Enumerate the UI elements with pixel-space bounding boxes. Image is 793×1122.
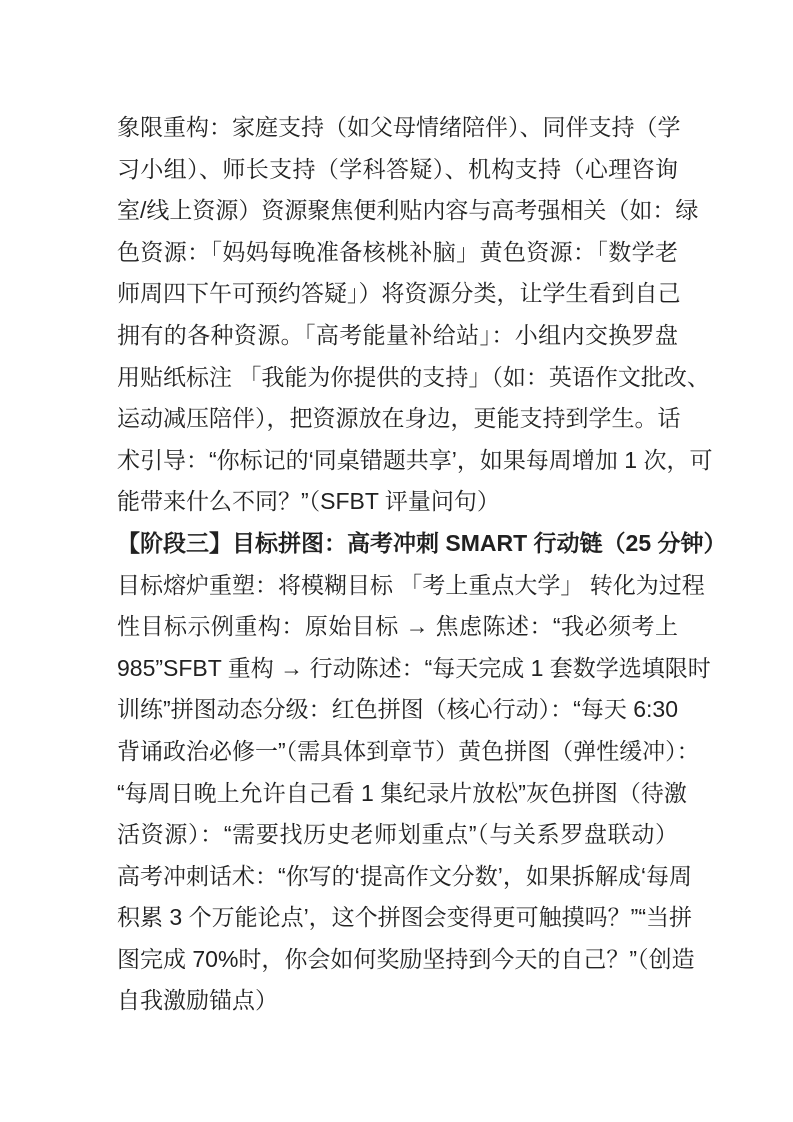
text-line: 图完成 70%时，你会如何奖励坚持到今天的自己？”（创造 bbox=[117, 939, 678, 981]
text-line: 自我激励锚点） bbox=[117, 980, 678, 1022]
text-line: 室/线上资源）资源聚焦便利贴内容与高考强相关（如：绿 bbox=[117, 190, 678, 232]
text-line: 985”SFBT 重构 → 行动陈述：“每天完成 1 套数学选填限时 bbox=[117, 648, 678, 690]
text-line: 高考冲刺话术：“你写的‘提高作文分数’，如果拆解成‘每周 bbox=[117, 856, 678, 898]
text-line: 背诵政治必修一”（需具体到章节）黄色拼图（弹性缓冲）： bbox=[117, 731, 678, 773]
text-line: 能带来什么不同？”（SFBT 评量问句） bbox=[117, 481, 678, 523]
text-line: 习小组）、师长支持（学科答疑）、机构支持（心理咨询 bbox=[117, 149, 678, 191]
text-line: 用贴纸标注 「我能为你提供的支持」（如：英语作文批改、 bbox=[117, 357, 678, 399]
text-line: “每周日晚上允许自己看 1 集纪录片放松”灰色拼图（待激 bbox=[117, 773, 678, 815]
text-line: 拥有的各种资源。「高考能量补给站」：小组内交换罗盘 bbox=[117, 315, 678, 357]
text-line: 目标熔炉重塑：将模糊目标 「考上重点大学」 转化为过程 bbox=[117, 565, 678, 607]
text-line: 色资源：「妈妈每晚准备核桃补脑」黄色资源：「数学老 bbox=[117, 232, 678, 274]
section-heading-line: 【阶段三】目标拼图：高考冲刺 SMART 行动链（25 分钟） bbox=[117, 523, 678, 565]
document-page: 象限重构：家庭支持（如父母情绪陪伴）、同伴支持（学习小组）、师长支持（学科答疑）… bbox=[0, 0, 793, 1122]
text-line: 师周四下午可预约答疑」）将资源分类，让学生看到自己 bbox=[117, 273, 678, 315]
text-line: 象限重构：家庭支持（如父母情绪陪伴）、同伴支持（学 bbox=[117, 107, 678, 149]
text-line: 活资源）：“需要找历史老师划重点”（与关系罗盘联动） bbox=[117, 814, 678, 856]
text-line: 训练”拼图动态分级：红色拼图（核心行动）：“每天 6:30 bbox=[117, 689, 678, 731]
text-line: 运动减压陪伴），把资源放在身边，更能支持到学生。话 bbox=[117, 398, 678, 440]
text-line: 性目标示例重构：原始目标 → 焦虑陈述：“我必须考上 bbox=[117, 606, 678, 648]
text-line: 术引导：“你标记的‘同桌错题共享’，如果每周增加 1 次，可 bbox=[117, 440, 678, 482]
document-body: 象限重构：家庭支持（如父母情绪陪伴）、同伴支持（学习小组）、师长支持（学科答疑）… bbox=[117, 107, 678, 1022]
text-line: 积累 3 个万能论点’，这个拼图会变得更可触摸吗？”“当拼 bbox=[117, 897, 678, 939]
